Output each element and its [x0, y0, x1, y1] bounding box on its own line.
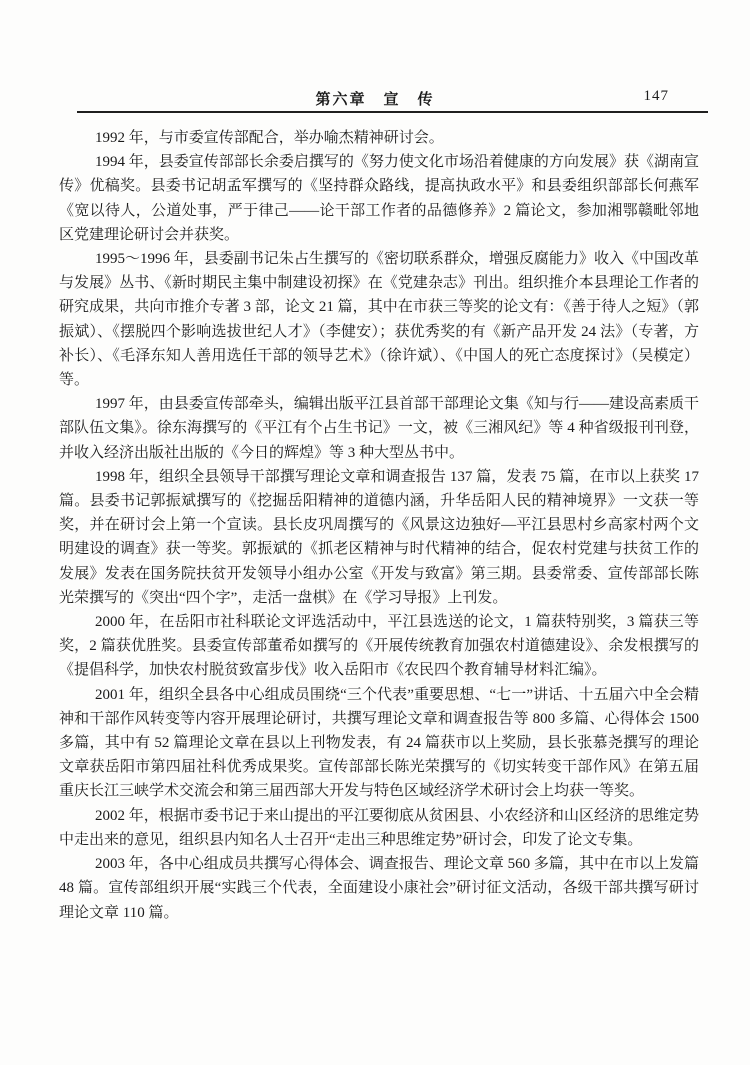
page-header: 第六章 宣 传 147: [0, 88, 750, 110]
body-text: 1992 年，与市委宣传部配合，举办喻杰精神研讨会。 1994 年，县委宣传部部…: [59, 126, 699, 925]
page-number: 147: [644, 88, 670, 105]
header-rule: [77, 111, 708, 113]
paragraph-2003: 2003 年，各中心组成员共撰写心得体会、调查报告、理论文章 560 多篇，其中…: [59, 852, 699, 925]
chapter-title: 第六章 宣 传: [315, 92, 434, 108]
paragraph-2002: 2002 年，根据市委书记于来山提出的平江要彻底从贫困县、小农经济和山区经济的思…: [59, 804, 699, 852]
scanned-book-page: 第六章 宣 传 147 1992 年，与市委宣传部配合，举办喻杰精神研讨会。 1…: [0, 0, 750, 1065]
paragraph-2001: 2001 年，组织全县各中心组成员围绕“三个代表”重要思想、“七一”讲话、十五届…: [59, 683, 699, 804]
paragraph-1998: 1998 年，组织全县领导干部撰写理论文章和调查报告 137 篇，发表 75 篇…: [59, 465, 699, 610]
paragraph-1992: 1992 年，与市委宣传部配合，举办喻杰精神研讨会。: [59, 126, 699, 150]
paragraph-1995-1996: 1995～1996 年，县委副书记朱占生撰写的《密切联系群众，增强反腐能力》收入…: [59, 247, 699, 392]
paragraph-2000: 2000 年，在岳阳市社科联论文评选活动中，平江县选送的论文，1 篇获特别奖，3…: [59, 610, 699, 683]
paragraph-1997: 1997 年，由县委宣传部牵头，编辑出版平江县首部干部理论文集《知与行——建设高…: [59, 392, 699, 465]
paragraph-1994: 1994 年，县委宣传部部长余委启撰写的《努力使文化市场沿着健康的方向发展》获《…: [59, 150, 699, 247]
